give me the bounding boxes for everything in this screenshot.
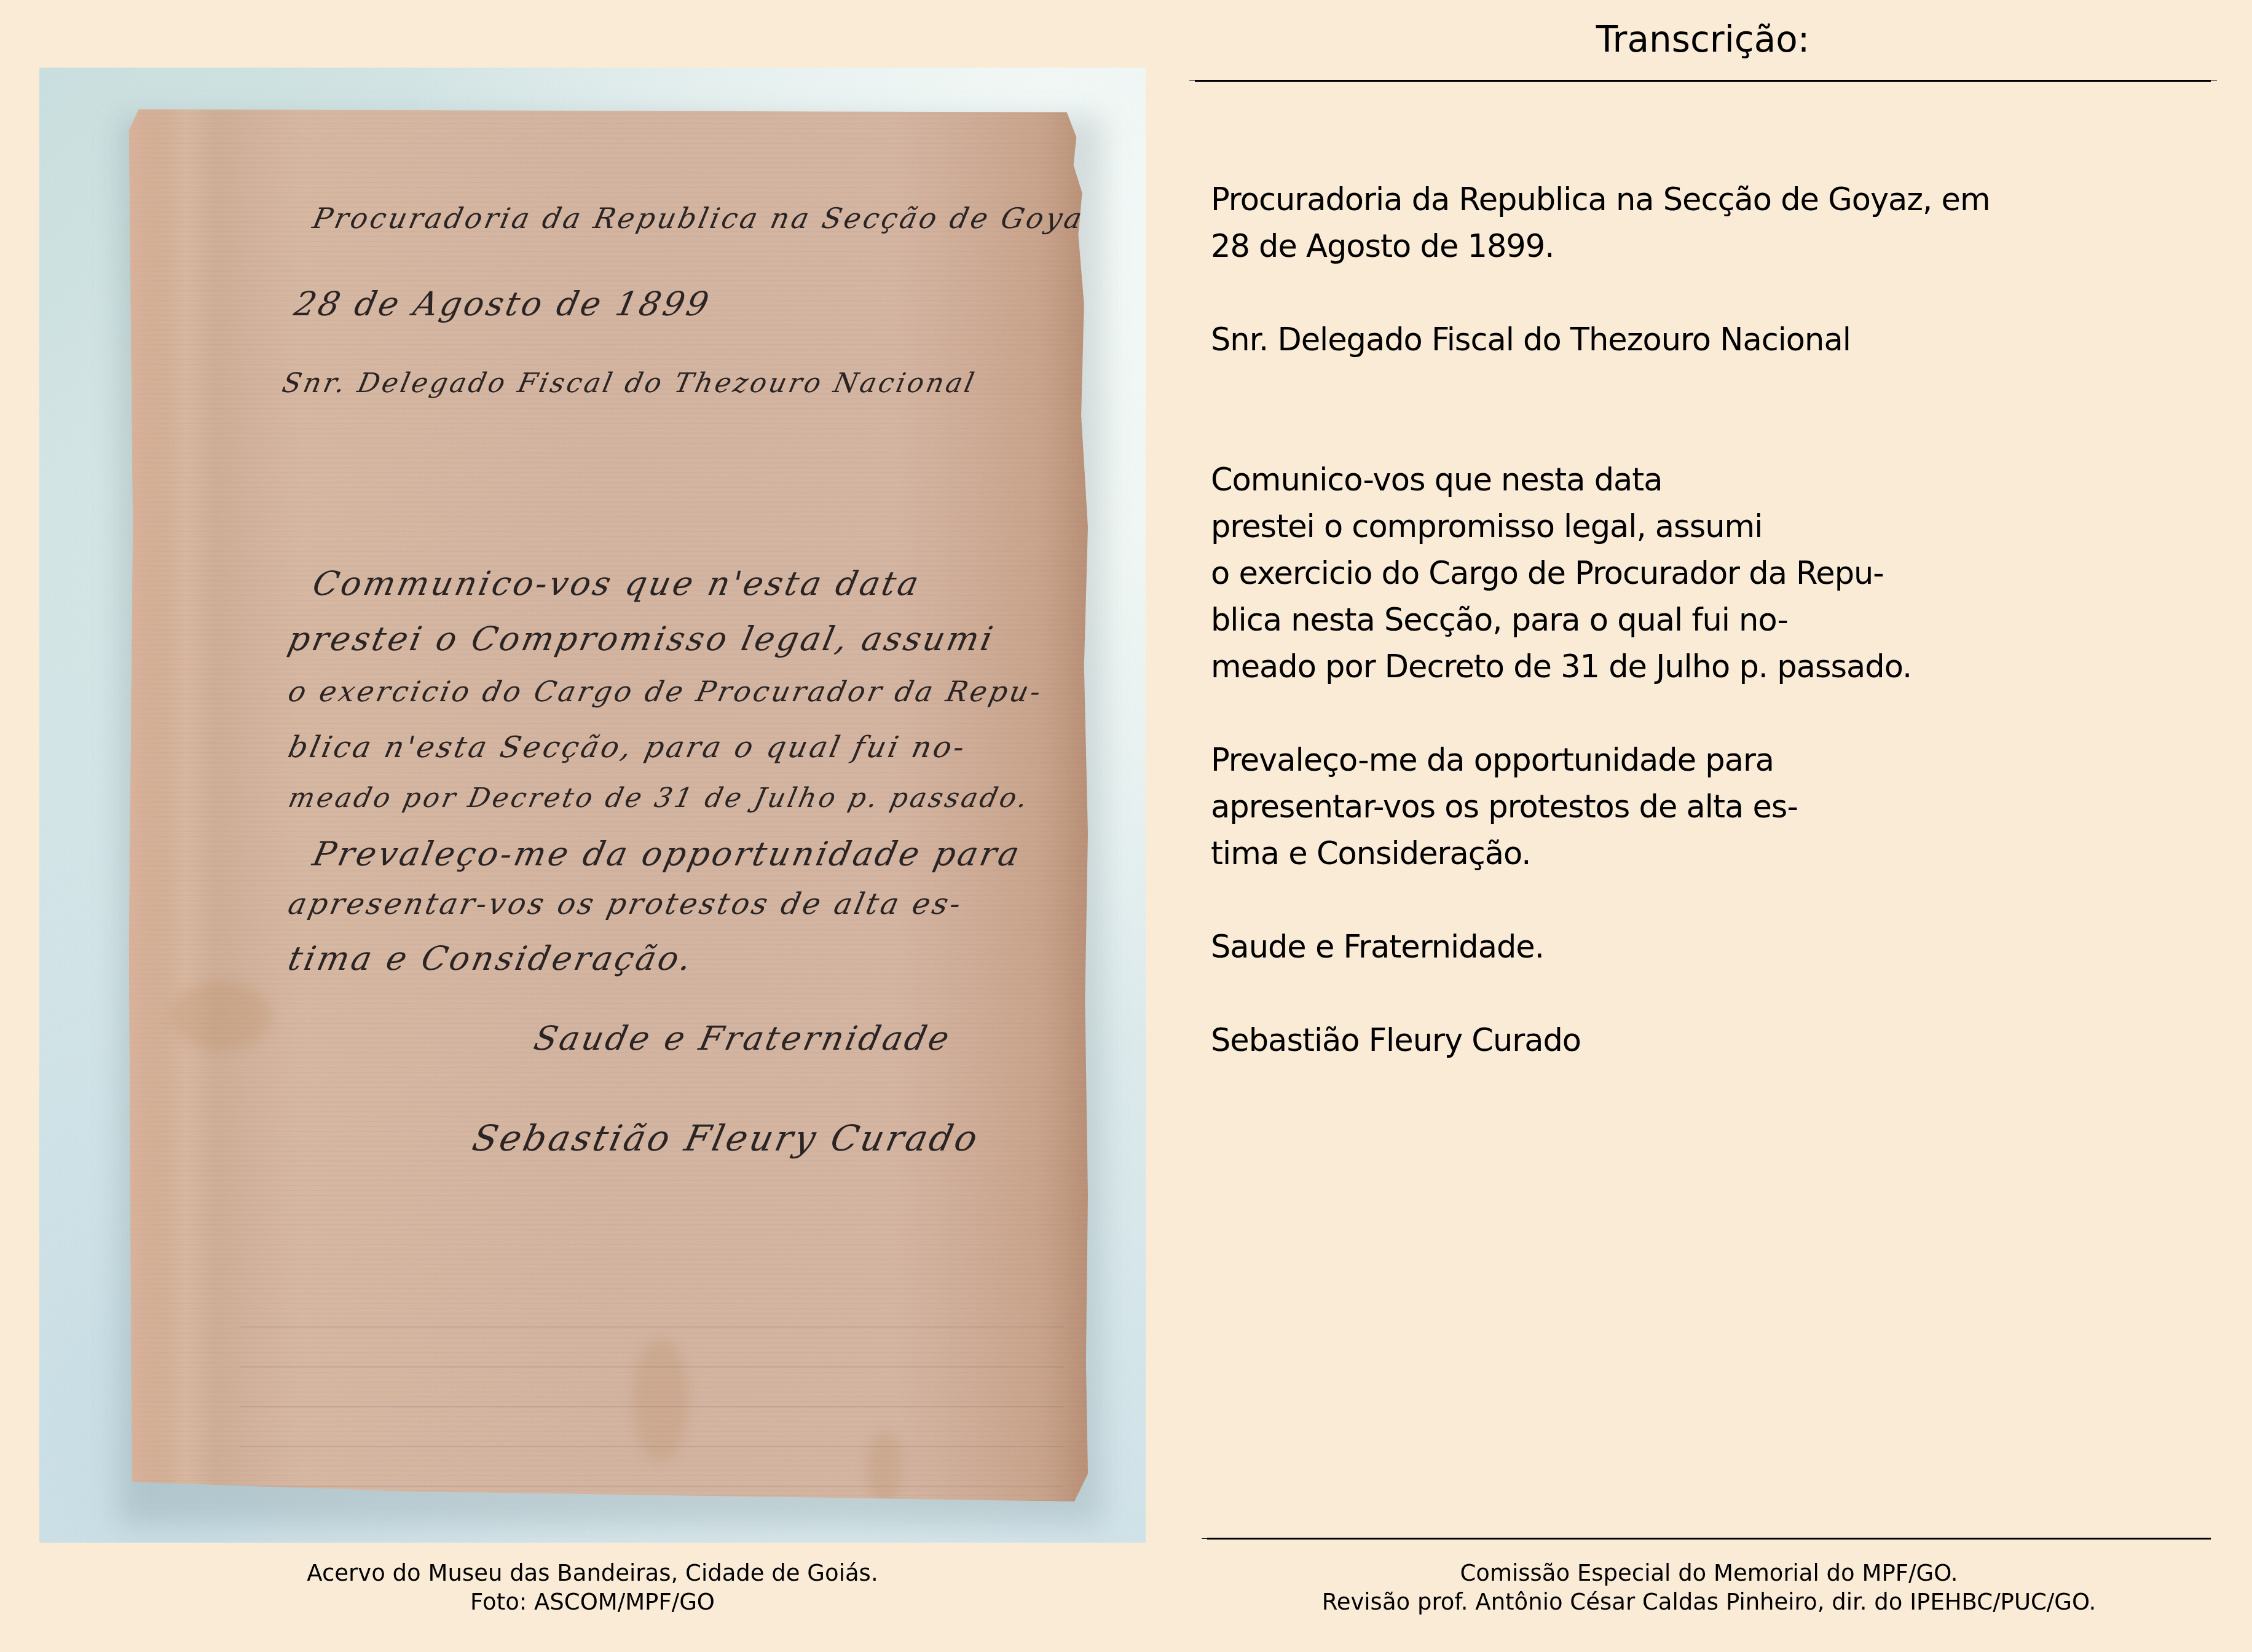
- paper-stain: [172, 982, 270, 1050]
- handwritten-body-line: o exercicio do Cargo de Procurador da Re…: [285, 675, 1046, 708]
- photo-caption-source: Acervo do Museu das Bandeiras, Cidade de…: [39, 1559, 1146, 1587]
- title-divider: [1195, 80, 2211, 82]
- body-line: Comunico-vos que nesta data: [1211, 457, 2207, 504]
- handwritten-body-line: Communico-vos que n'esta data: [309, 564, 924, 603]
- header-date: 28 de Agosto de 1899.: [1211, 224, 2207, 270]
- transcription-signature: Sebastião Fleury Curado: [1211, 1018, 2207, 1064]
- document-photo: Procuradoria da Republica na Secção de G…: [39, 68, 1146, 1543]
- transcription-salutation: Saude e Fraternidade.: [1211, 924, 2207, 971]
- header-line: Procuradoria da Republica na Secção de G…: [1211, 177, 2207, 224]
- handwritten-body-line: apresentar-vos os protestos de alta es-: [285, 887, 966, 921]
- handwritten-signature: Sebastião Fleury Curado: [469, 1117, 983, 1159]
- body-line: prestei o compromisso legal, assumi: [1211, 504, 2207, 551]
- footer-divider: [1207, 1538, 2211, 1540]
- transcription-text: Procuradoria da Republica na Secção de G…: [1211, 177, 2207, 1111]
- transcription-title: Transcrição:: [1189, 16, 2216, 63]
- credits-reviewer: Revisão prof. Antônio César Caldas Pinhe…: [1207, 1587, 2211, 1616]
- paper-stain: [633, 1339, 688, 1461]
- handwritten-header-line1: Procuradoria da Republica na Secção de G…: [310, 202, 1146, 235]
- handwritten-body-line: prestei o Compromisso legal, assumi: [285, 619, 998, 658]
- closing-line: apresentar-vos os protestos de alta es-: [1211, 784, 2207, 831]
- salutation-line: Saude e Fraternidade.: [1211, 924, 2207, 971]
- paper-stain: [867, 1431, 904, 1504]
- photo-caption-credit: Foto: ASCOM/MPF/GO: [39, 1587, 1146, 1616]
- transcription-header: Procuradoria da Republica na Secção de G…: [1211, 177, 2207, 270]
- handwritten-closing: Saude e Fraternidade: [530, 1019, 955, 1058]
- body-line: o exercicio do Cargo de Procurador da Re…: [1211, 551, 2207, 597]
- credits-commission: Comissão Especial do Memorial do MPF/GO.: [1207, 1559, 2211, 1587]
- aged-paper-sheet: Procuradoria da Republica na Secção de G…: [129, 109, 1088, 1501]
- body-line: meado por Decreto de 31 de Julho p. pass…: [1211, 644, 2207, 691]
- handwritten-date: 28 de Agosto de 1899: [291, 285, 714, 323]
- ruled-line: [240, 1486, 1063, 1487]
- transcription-body: Comunico-vos que nesta data prestei o co…: [1211, 457, 2207, 691]
- credits: Comissão Especial do Memorial do MPF/GO.…: [1207, 1559, 2211, 1616]
- handwritten-body-line: tima e Consideração.: [285, 939, 697, 978]
- divider-tick: [2210, 81, 2217, 81]
- closing-line: Prevaleço-me da opportunidade para: [1211, 737, 2207, 784]
- paper-fold-edge: [129, 109, 166, 1501]
- handwritten-body-line: meado por Decreto de 31 de Julho p. pass…: [286, 782, 1033, 814]
- transcription-addressee: Snr. Delegado Fiscal do Thezouro Naciona…: [1211, 317, 2207, 364]
- closing-line: tima e Consideração.: [1211, 831, 2207, 878]
- photo-caption: Acervo do Museu das Bandeiras, Cidade de…: [39, 1559, 1146, 1616]
- ruled-line: [240, 1406, 1063, 1407]
- ruled-line: [240, 1446, 1063, 1447]
- ruled-line: [240, 1366, 1063, 1367]
- handwritten-addressee: Snr. Delegado Fiscal do Thezouro Naciona…: [280, 368, 980, 399]
- handwritten-body-line: blica n'esta Secção, para o qual fui no-: [285, 730, 970, 765]
- transcription-closing-paragraph: Prevaleço-me da opportunidade para apres…: [1211, 737, 2207, 878]
- handwritten-body-line: Prevaleço-me da opportunidade para: [309, 835, 1025, 873]
- signature-line: Sebastião Fleury Curado: [1211, 1018, 2207, 1064]
- ruled-line: [240, 1326, 1063, 1327]
- body-line: blica nesta Secção, para o qual fui no-: [1211, 597, 2207, 644]
- addressee-line: Snr. Delegado Fiscal do Thezouro Naciona…: [1211, 317, 2207, 364]
